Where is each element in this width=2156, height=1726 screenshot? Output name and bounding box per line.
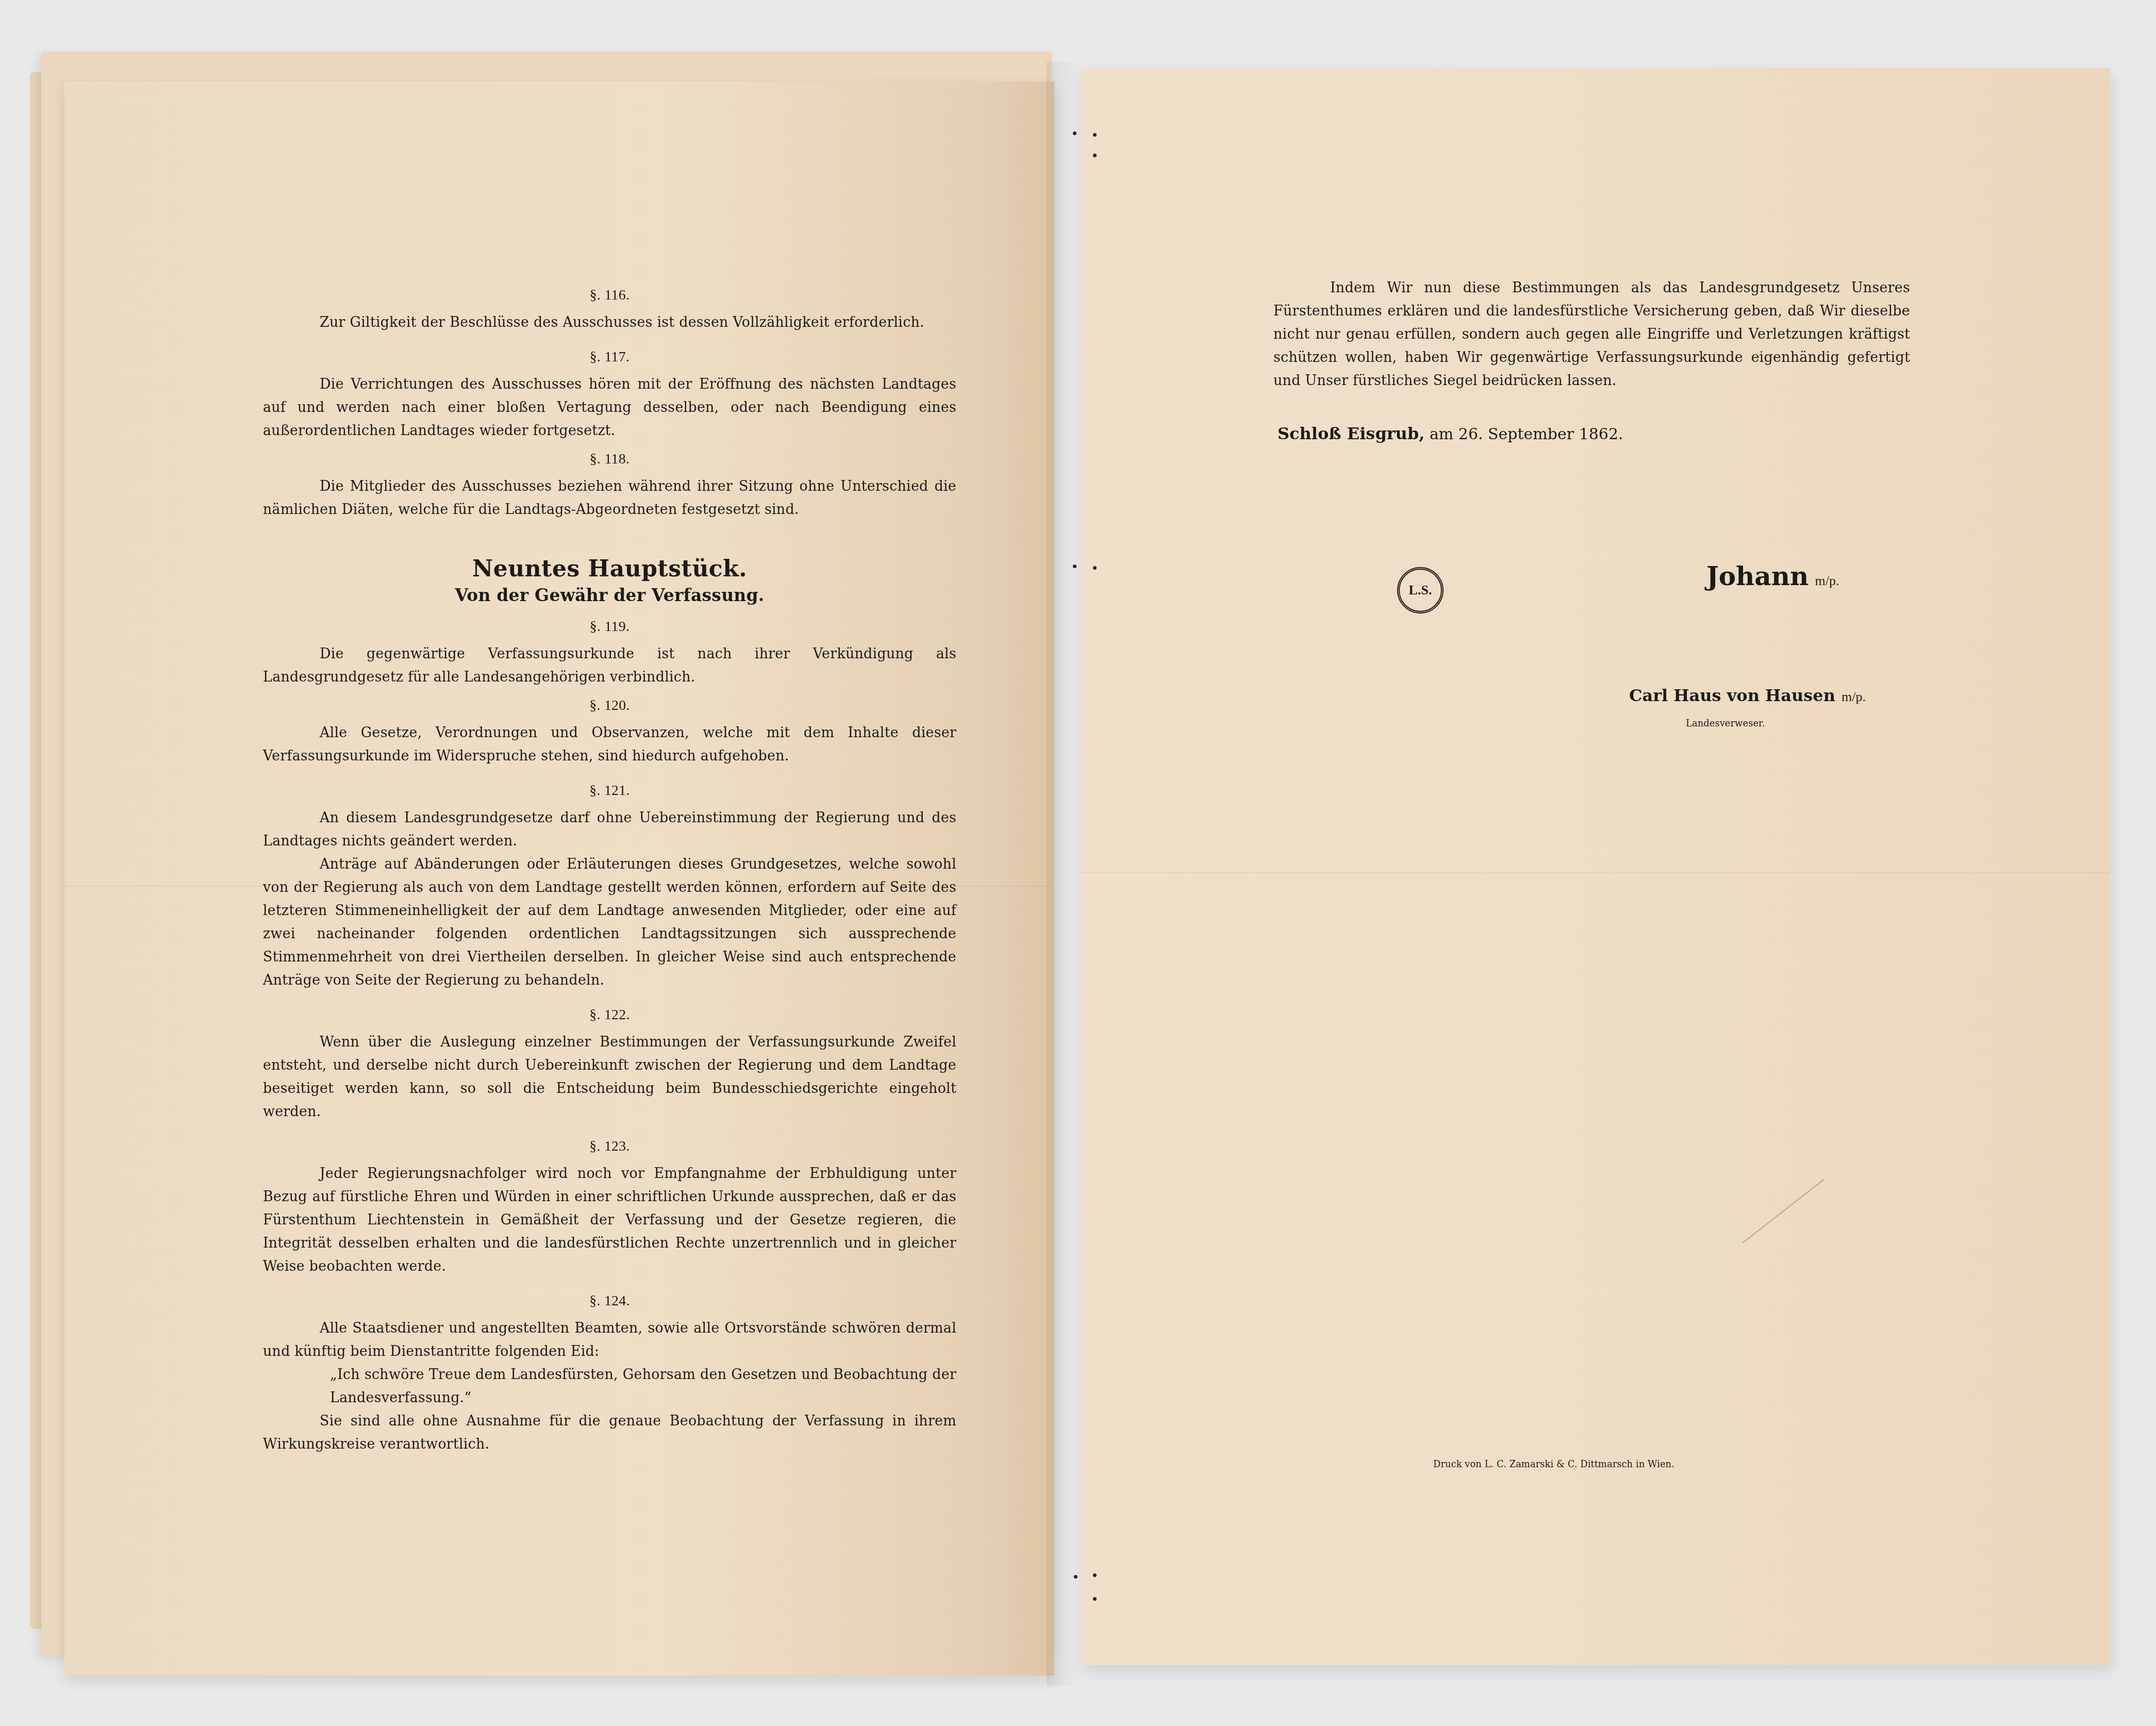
section-paragraph: An diesem Landesgrundgesetze darf ohne U… (263, 806, 956, 853)
section-number: §. 120. (263, 694, 956, 717)
section-119: §. 119. Die gegenwärtige Verfassungsurku… (263, 615, 956, 689)
section-paragraph: Wenn über die Auslegung einzelner Bestim… (263, 1031, 956, 1123)
fold-crease (1081, 872, 2110, 873)
section-116: §. 116. Zur Giltigkeit der Beschlüsse de… (263, 284, 956, 334)
oath-text: „Ich schwöre Treue dem Landesfürsten, Ge… (330, 1363, 956, 1409)
stitch-hole (1093, 154, 1097, 157)
section-121: §. 121. An diesem Landesgrundgesetze dar… (263, 779, 956, 992)
section-paragraph: Anträge auf Abänderungen oder Erläuterun… (263, 853, 956, 992)
section-124: §. 124. Alle Staatsdiener und angestellt… (263, 1289, 956, 1456)
seal-label: L.S. (1409, 583, 1432, 598)
section-117: §. 117. Die Verrichtungen des Ausschusse… (263, 345, 956, 442)
section-paragraph: Alle Gesetze, Verordnungen und Observanz… (263, 721, 956, 768)
place-date-line: Schloß Eisgrub, am 26. September 1862. (1278, 424, 1623, 443)
section-122: §. 122. Wenn über die Auslegung einzelne… (263, 1003, 956, 1123)
signature-regent-name: Carl Haus von Hausen (1629, 686, 1835, 705)
printer-imprint: Druck von L. C. Zamarski & C. Dittmarsch… (1433, 1459, 1674, 1470)
date: am 26. September 1862. (1430, 425, 1623, 443)
signature-regent: Carl Haus von Hausenm/p. (1629, 686, 1866, 705)
stitch-hole (1093, 133, 1097, 137)
section-paragraph: Zur Giltigkeit der Beschlüsse des Aussch… (263, 311, 956, 334)
seal-ls: L.S. (1397, 567, 1444, 613)
stitch-hole (1093, 566, 1097, 570)
chapter-subtitle: Von der Gewähr der Verfassung. (263, 584, 956, 607)
section-closing: Sie sind alle ohne Ausnahme für die gena… (263, 1409, 956, 1456)
section-intro: Alle Staatsdiener und angestellten Beamt… (263, 1317, 956, 1363)
place: Schloß Eisgrub, (1278, 424, 1424, 443)
stitch-hole (1093, 1573, 1097, 1577)
declaration-paragraph: Indem Wir nun diese Bestimmungen als das… (1273, 276, 1910, 392)
section-paragraph: Die gegenwärtige Verfassungsurkunde ist … (263, 642, 956, 689)
section-number: §. 124. (263, 1289, 956, 1313)
section-number: §. 117. (263, 345, 956, 369)
gutter (1047, 62, 1083, 1686)
left-page-text: §. 116. Zur Giltigkeit der Beschlüsse de… (263, 278, 956, 1456)
stitch-hole (1073, 131, 1076, 135)
stitch-hole (1073, 565, 1076, 568)
regent-title: Landesverweser. (1686, 718, 1765, 729)
section-number: §. 122. (263, 1003, 956, 1026)
chapter-title: Neuntes Hauptstück. (263, 557, 956, 580)
section-paragraph: Die Mitglieder des Ausschusses beziehen … (263, 475, 956, 521)
stitch-hole (1093, 1597, 1097, 1601)
right-page-text: Indem Wir nun diese Bestimmungen als das… (1273, 276, 1910, 392)
section-123: §. 123. Jeder Regierungsnachfolger wird … (263, 1135, 956, 1278)
section-number: §. 118. (263, 447, 956, 471)
signature-prince-name: Johann (1706, 561, 1809, 591)
section-number: §. 121. (263, 779, 956, 802)
stitch-hole (1074, 1575, 1077, 1579)
signature-prince: Johannm/p. (1706, 561, 1839, 591)
section-paragraph: Die Verrichtungen des Ausschusses hören … (263, 373, 956, 442)
section-number: §. 119. (263, 615, 956, 638)
section-118: §. 118. Die Mitglieder des Ausschusses b… (263, 447, 956, 521)
section-number: §. 116. (263, 284, 956, 307)
section-paragraph: Jeder Regierungsnachfolger wird noch vor… (263, 1162, 956, 1278)
signature-regent-suffix: m/p. (1842, 689, 1866, 704)
signature-prince-suffix: m/p. (1815, 573, 1839, 588)
section-number: §. 123. (263, 1135, 956, 1158)
section-120: §. 120. Alle Gesetze, Verordnungen und O… (263, 694, 956, 768)
